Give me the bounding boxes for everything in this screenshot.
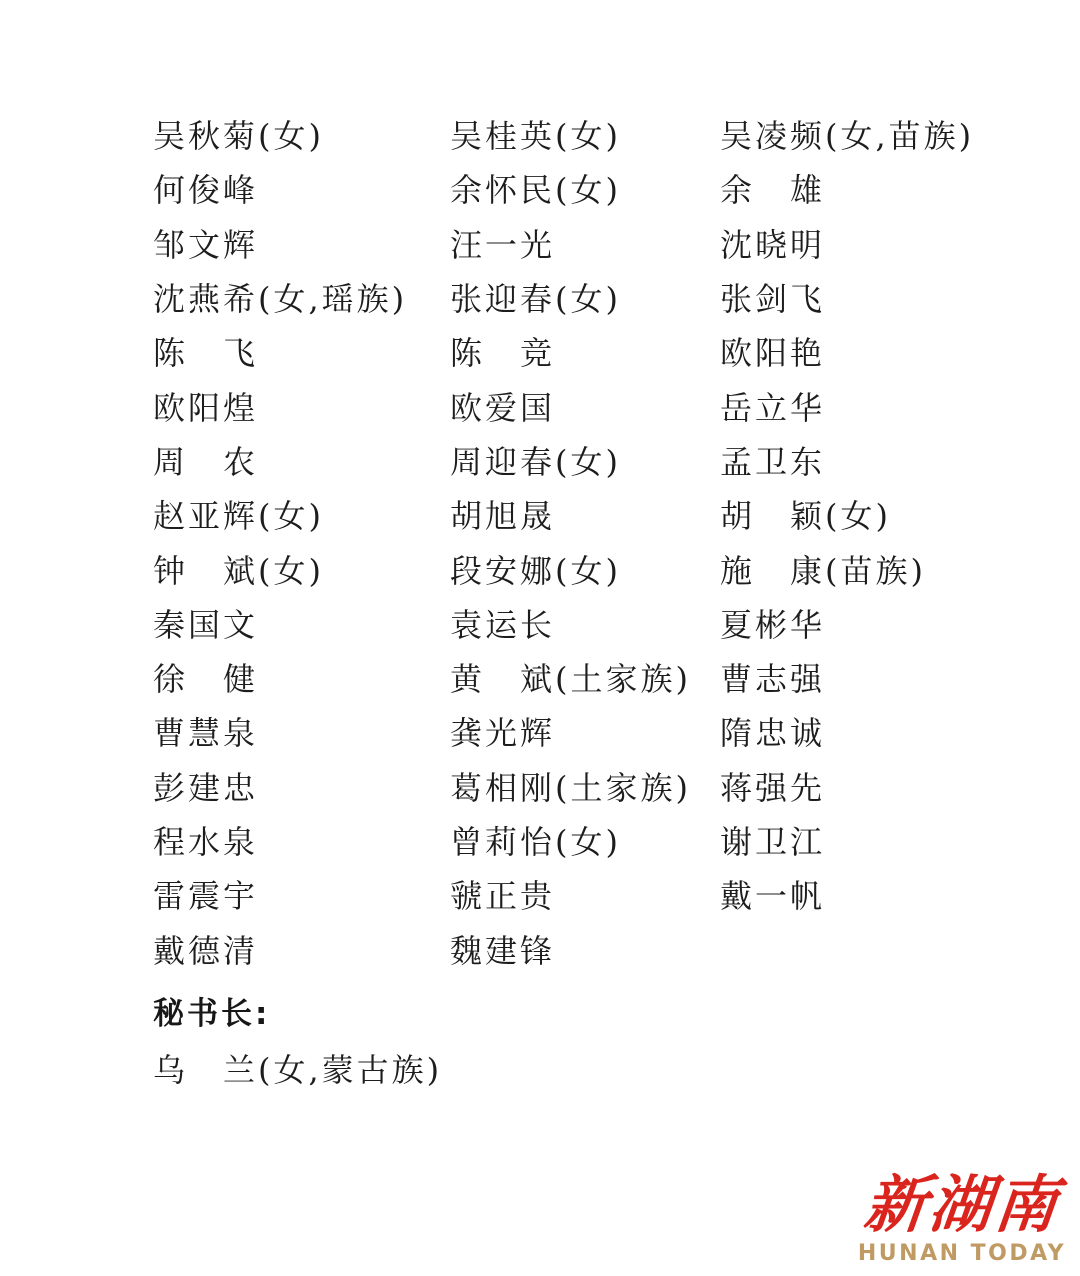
member-name: 余 雄 <box>720 165 1070 211</box>
member-name: 钟 斌(女) <box>153 546 450 592</box>
member-name: 曹慧泉 <box>153 708 450 754</box>
member-name: 岳立华 <box>720 383 1070 429</box>
member-name: 余怀民(女) <box>450 165 720 211</box>
member-name: 吴秋菊(女) <box>153 111 450 157</box>
roster-row: 陈 飞 陈 竞 欧阳艳 <box>153 324 1070 378</box>
member-name: 秦国文 <box>153 600 450 646</box>
member-name: 蒋强先 <box>720 763 1070 809</box>
roster-row: 曹慧泉 龚光辉 隋忠诚 <box>153 704 1070 758</box>
roster-row: 何俊峰 余怀民(女) 余 雄 <box>153 161 1070 215</box>
member-name: 曹志强 <box>720 654 1070 700</box>
member-name: 欧阳煌 <box>153 383 450 429</box>
member-name: 邹文辉 <box>153 220 450 266</box>
member-name: 谢卫江 <box>720 817 1070 863</box>
roster-row: 戴德清 魏建锋 <box>153 921 1070 975</box>
member-name: 赵亚辉(女) <box>153 491 450 537</box>
member-name: 周 农 <box>153 437 450 483</box>
member-name: 何俊峰 <box>153 165 450 211</box>
roster-row: 周 农 周迎春(女) 孟卫东 <box>153 433 1070 487</box>
member-name: 陈 飞 <box>153 328 450 374</box>
secretary-general-heading: 秘书长: <box>153 983 270 1037</box>
member-name: 戴德清 <box>153 926 450 972</box>
roster-row: 程水泉 曾莉怡(女) 谢卫江 <box>153 813 1070 867</box>
member-name: 汪一光 <box>450 220 720 266</box>
member-name: 戴一帆 <box>720 871 1070 917</box>
roster-row: 秦国文 袁运长 夏彬华 <box>153 596 1070 650</box>
member-name: 胡 颖(女) <box>720 491 1070 537</box>
member-name: 吴桂英(女) <box>450 111 720 157</box>
document-page: 吴秋菊(女) 吴桂英(女) 吴凌频(女,苗族) 何俊峰 余怀民(女) 余 雄 邹… <box>0 0 1080 1276</box>
logo-english-wordmark: HUNAN TODAY <box>858 1241 1066 1266</box>
name-roster: 吴秋菊(女) 吴桂英(女) 吴凌频(女,苗族) 何俊峰 余怀民(女) 余 雄 邹… <box>153 107 1070 976</box>
member-name: 龚光辉 <box>450 708 720 754</box>
member-name: 段安娜(女) <box>450 546 720 592</box>
roster-row: 欧阳煌 欧爱国 岳立华 <box>153 378 1070 432</box>
member-name: 张剑飞 <box>720 274 1070 320</box>
member-name: 施 康(苗族) <box>720 546 1070 592</box>
roster-row: 沈燕希(女,瑶族) 张迎春(女) 张剑飞 <box>153 270 1070 324</box>
member-name: 徐 健 <box>153 654 450 700</box>
member-name: 沈燕希(女,瑶族) <box>153 274 450 320</box>
member-name: 曾莉怡(女) <box>450 817 720 863</box>
member-name: 孟卫东 <box>720 437 1070 483</box>
roster-row: 赵亚辉(女) 胡旭晟 胡 颖(女) <box>153 487 1070 541</box>
member-name: 胡旭晟 <box>450 491 720 537</box>
member-name: 葛相刚(土家族) <box>450 763 720 809</box>
member-name: 欧阳艳 <box>720 328 1070 374</box>
member-name: 沈晓明 <box>720 220 1070 266</box>
member-name: 程水泉 <box>153 817 450 863</box>
hunan-today-logo: 新湖南 HUNAN TODAY <box>858 1172 1066 1266</box>
roster-row: 钟 斌(女) 段安娜(女) 施 康(苗族) <box>153 541 1070 595</box>
roster-row: 吴秋菊(女) 吴桂英(女) 吴凌频(女,苗族) <box>153 107 1070 161</box>
member-name: 周迎春(女) <box>450 437 720 483</box>
member-name: 彭建忠 <box>153 763 450 809</box>
member-name: 欧爱国 <box>450 383 720 429</box>
roster-row: 彭建忠 葛相刚(土家族) 蒋强先 <box>153 759 1070 813</box>
secretary-general-name: 乌 兰(女,蒙古族) <box>153 1041 442 1095</box>
member-name: 魏建锋 <box>450 926 720 972</box>
logo-chinese-wordmark: 新湖南 <box>854 1172 1069 1239</box>
roster-row: 雷震宇 虢正贵 戴一帆 <box>153 867 1070 921</box>
roster-row: 徐 健 黄 斌(土家族) 曹志强 <box>153 650 1070 704</box>
member-name: 夏彬华 <box>720 600 1070 646</box>
member-name: 虢正贵 <box>450 871 720 917</box>
member-name: 黄 斌(土家族) <box>450 654 720 700</box>
member-name: 袁运长 <box>450 600 720 646</box>
roster-row: 邹文辉 汪一光 沈晓明 <box>153 216 1070 270</box>
member-name: 张迎春(女) <box>450 274 720 320</box>
member-name: 雷震宇 <box>153 871 450 917</box>
member-name: 吴凌频(女,苗族) <box>720 111 1070 157</box>
member-name: 陈 竞 <box>450 328 720 374</box>
member-name: 隋忠诚 <box>720 708 1070 754</box>
